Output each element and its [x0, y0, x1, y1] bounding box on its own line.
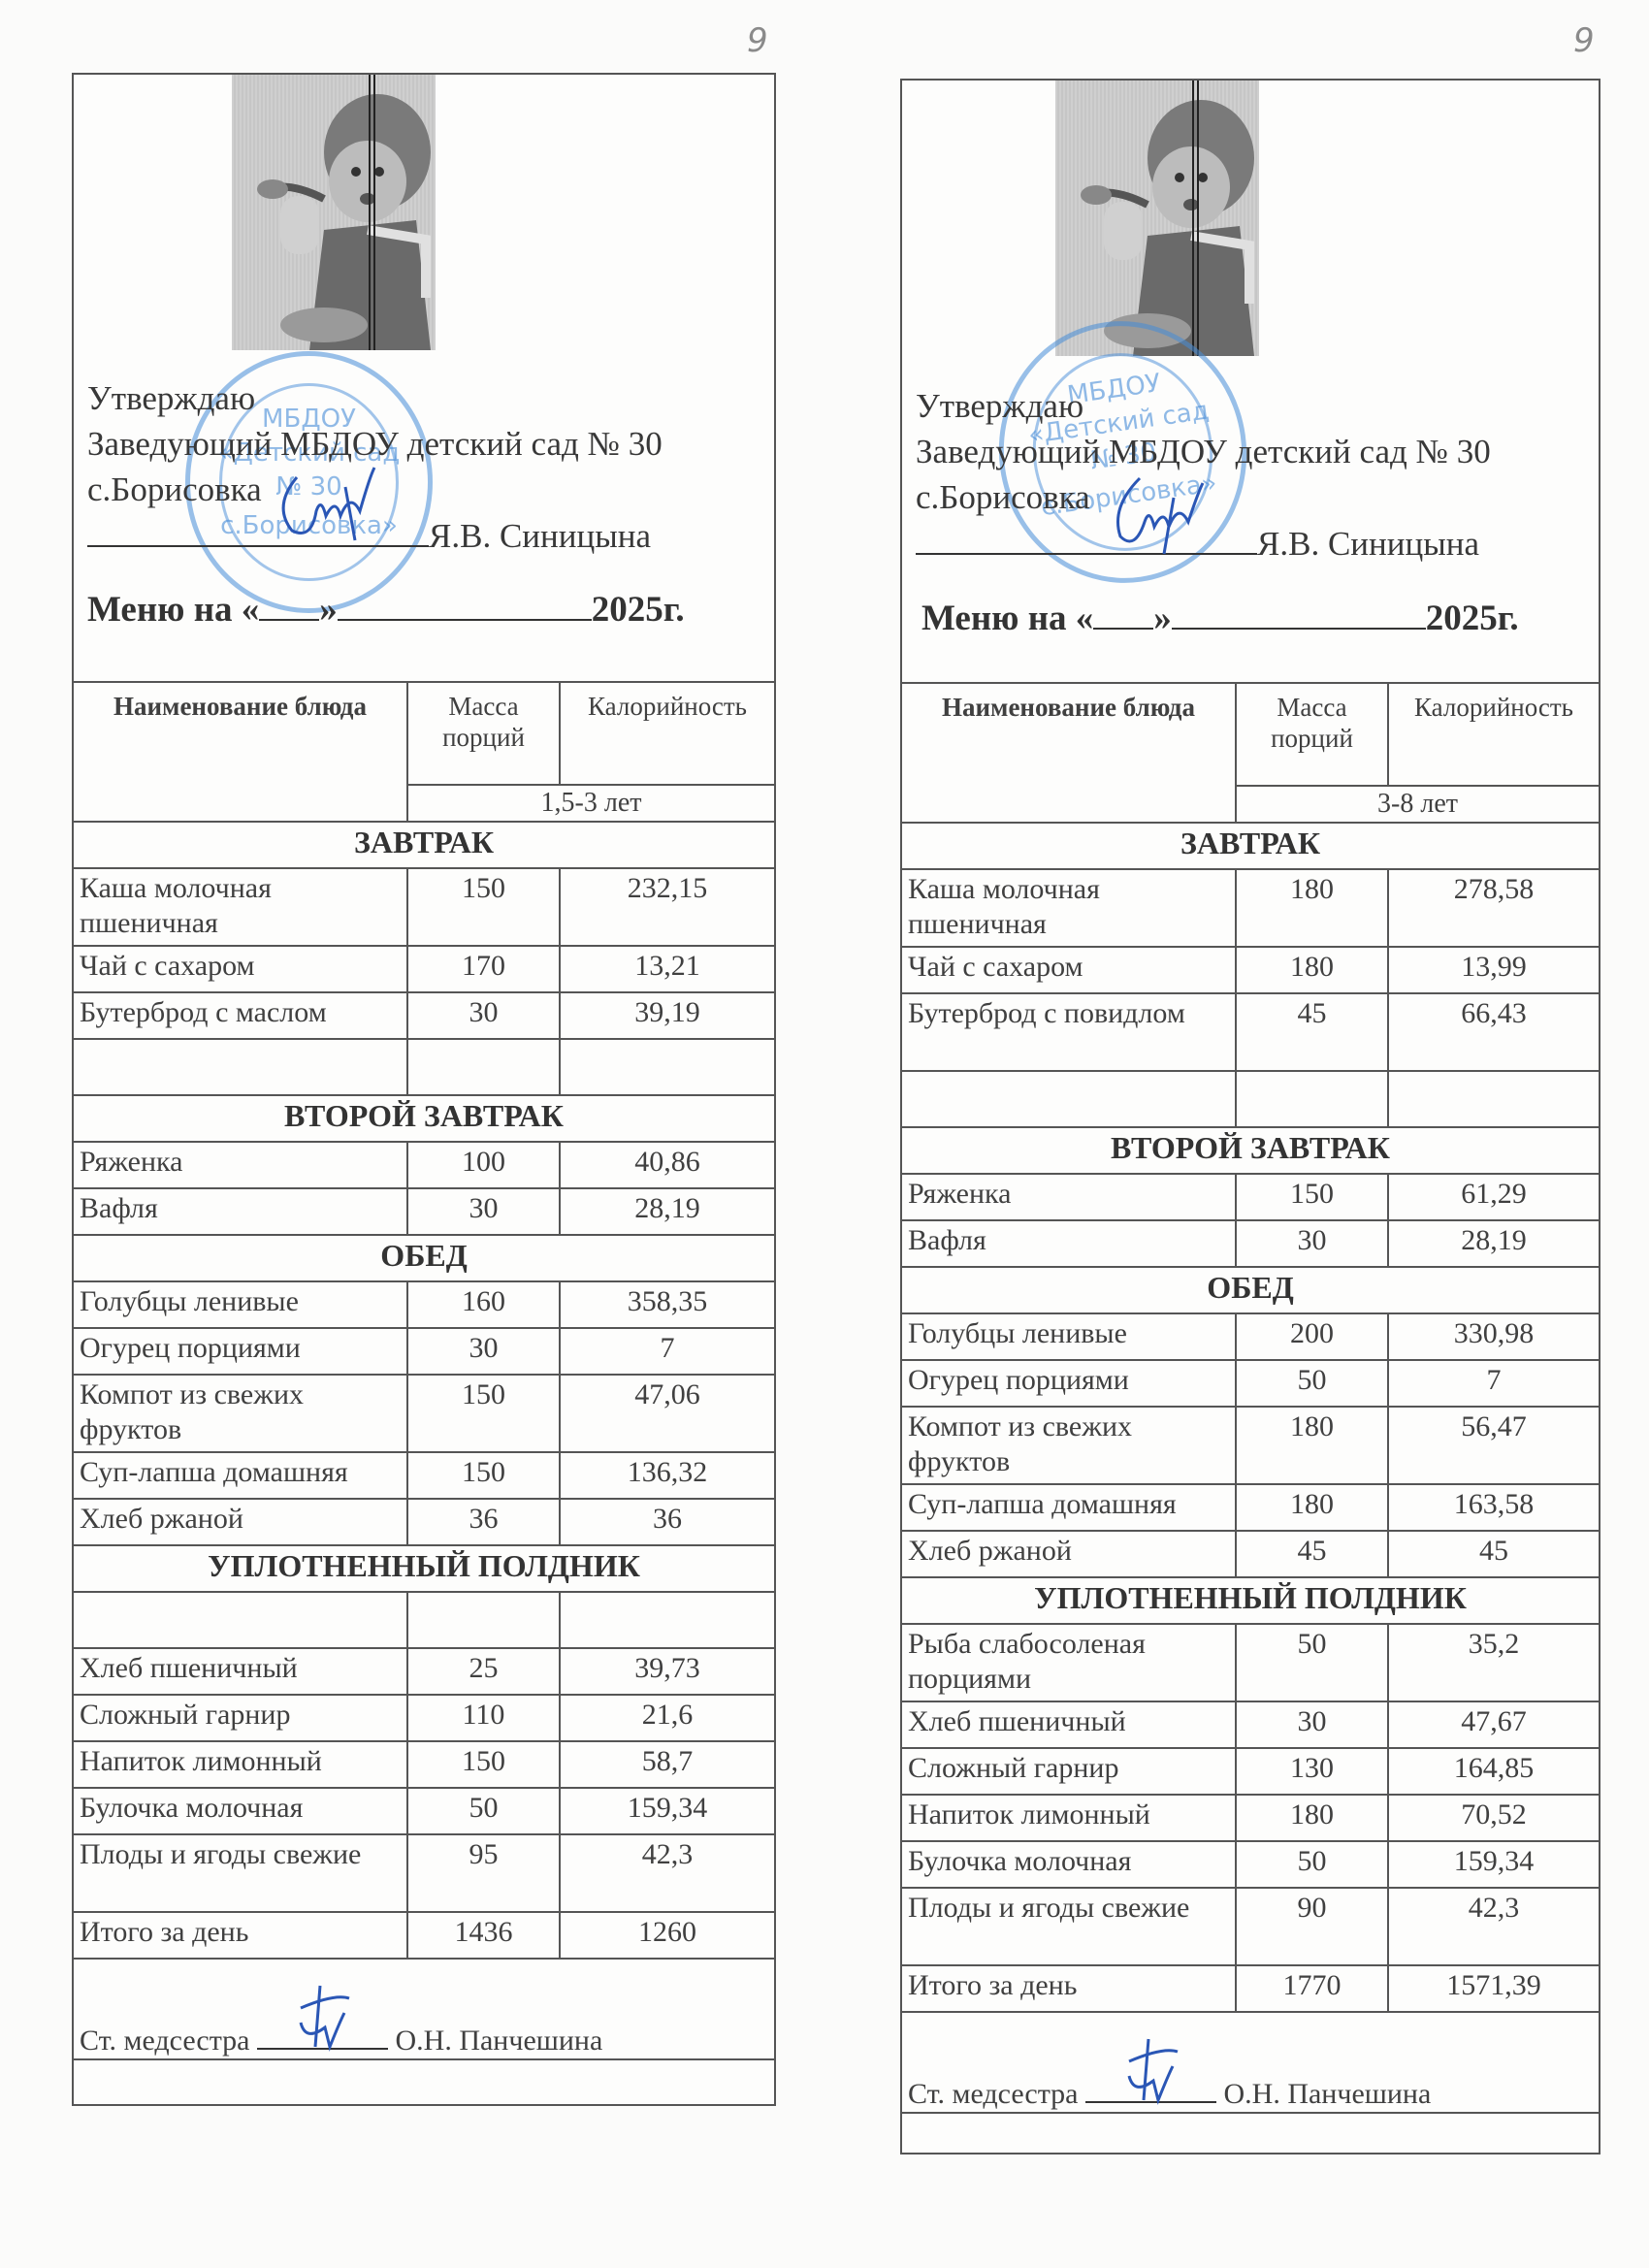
age-group-label: 1,5-3 лет — [407, 785, 775, 822]
section-title-breakfast: ЗАВТРАК — [901, 823, 1600, 869]
dish-name: Булочка молочная — [901, 1841, 1236, 1888]
section-title-afternoon: УПЛОТНЕННЫЙ ПОЛДНИК — [901, 1577, 1600, 1624]
calories-value: 21,6 — [560, 1695, 775, 1741]
nurse-signature-line — [1085, 2076, 1216, 2103]
calories-value: 58,7 — [560, 1741, 775, 1788]
portion-mass: 45 — [1236, 1531, 1388, 1577]
dish-name — [901, 1071, 1236, 1127]
portion-mass: 30 — [407, 1328, 560, 1375]
calories-value: 7 — [560, 1328, 775, 1375]
portion-mass: 150 — [1236, 1174, 1388, 1220]
calories-value: 28,19 — [1388, 1220, 1600, 1267]
approve-word: Утверждаю — [87, 375, 764, 421]
portion-mass: 180 — [1236, 947, 1388, 993]
day-blank — [259, 590, 319, 621]
menu-item-row: Чай с сахаром17013,21 — [73, 946, 775, 992]
dish-name: Сложный гарнир — [73, 1695, 407, 1741]
calories-value: 163,58 — [1388, 1484, 1600, 1531]
menu-item-row: Суп-лапша домашняя150136,32 — [73, 1452, 775, 1499]
portion-mass: 50 — [1236, 1841, 1388, 1888]
dish-name: Бутерброд с повидлом — [901, 993, 1236, 1071]
column-header-name: Наименование блюда — [901, 683, 1236, 823]
child-eating-illustration — [1055, 81, 1259, 356]
portion-mass: 180 — [1236, 869, 1388, 947]
calories-value: 164,85 — [1388, 1748, 1600, 1795]
menu-item-row: Вафля3028,19 — [901, 1220, 1600, 1267]
menu-item-row: Хлеб ржаной3636 — [73, 1499, 775, 1545]
calories-value: 70,52 — [1388, 1795, 1600, 1841]
nurse-signature — [296, 1984, 354, 2052]
menu-item-row: Булочка молочная50159,34 — [73, 1788, 775, 1834]
title-year: 2025г. — [1426, 599, 1519, 638]
dish-name: Голубцы ленивые — [901, 1313, 1236, 1360]
portion-mass: 90 — [1236, 1888, 1388, 1965]
portion-mass: 50 — [1236, 1360, 1388, 1407]
approver-position: Заведующий МБДОУ детский сад № 30 — [87, 421, 764, 467]
menu-item-row: Бутерброд с повидлом4566,43 — [901, 993, 1600, 1071]
menu-item-row: Хлеб ржаной4545 — [901, 1531, 1600, 1577]
portion-mass: 150 — [407, 1741, 560, 1788]
menu-item-row: Каша молочная пшеничная150232,15 — [73, 868, 775, 946]
menu-item-row: Голубцы ленивые200330,98 — [901, 1313, 1600, 1360]
menu-item-row: Хлеб пшеничный2539,73 — [73, 1648, 775, 1695]
calories-value: 39,19 — [560, 992, 775, 1039]
month-blank — [1172, 599, 1426, 630]
calories-value: 47,06 — [560, 1375, 775, 1452]
calories-value: 36 — [560, 1499, 775, 1545]
nurse-role: Ст. медсестра — [80, 2025, 250, 2057]
total-label: Итого за день — [901, 1965, 1236, 2012]
menu-card-toddlers: МБДОУ «Детский сад № 30 с.Борисовка» Утв… — [72, 73, 776, 2106]
approval-block: Утверждаю Заведующий МБДОУ детский сад №… — [916, 383, 1589, 567]
approval-block: Утверждаю Заведующий МБДОУ детский сад №… — [87, 375, 764, 559]
dish-name: Бутерброд с маслом — [73, 992, 407, 1039]
month-blank — [338, 590, 592, 621]
calories-value: 61,29 — [1388, 1174, 1600, 1220]
portion-mass: 50 — [407, 1788, 560, 1834]
total-row: Итого за день14361260 — [73, 1912, 775, 1959]
portion-mass: 100 — [407, 1142, 560, 1188]
dish-name: Вафля — [901, 1220, 1236, 1267]
dish-name — [73, 1039, 407, 1095]
title-mid: » — [1153, 599, 1172, 638]
menu-table: Наименование блюдаМасса порцийКалорийнос… — [72, 681, 776, 2060]
portion-mass: 180 — [1236, 1795, 1388, 1841]
portion-mass — [407, 1592, 560, 1648]
column-header-calories: Калорийность — [560, 682, 775, 785]
page-number-mark: 9 — [747, 21, 768, 60]
dish-name: Огурец порциями — [901, 1360, 1236, 1407]
dish-name: Ряженка — [901, 1174, 1236, 1220]
portion-mass: 150 — [407, 1375, 560, 1452]
portion-mass: 30 — [407, 1188, 560, 1235]
total-label: Итого за день — [73, 1912, 407, 1959]
column-header-name: Наименование блюда — [73, 682, 407, 822]
dish-name: Хлеб пшеничный — [901, 1701, 1236, 1748]
portion-mass: 150 — [407, 868, 560, 946]
child-eating-illustration — [232, 75, 436, 350]
dish-name: Булочка молочная — [73, 1788, 407, 1834]
calories-value: 35,2 — [1388, 1624, 1600, 1701]
dish-name: Хлеб ржаной — [901, 1531, 1236, 1577]
menu-card-preschool: МБДОУ «Детский сад № 30 с.Борисовка» Утв… — [900, 79, 1600, 2155]
portion-mass: 30 — [1236, 1701, 1388, 1748]
menu-item-row: Голубцы ленивые160358,35 — [73, 1281, 775, 1328]
calories-value — [560, 1039, 775, 1095]
calories-value — [1388, 1071, 1600, 1127]
portion-mass: 150 — [407, 1452, 560, 1499]
menu-item-row: Чай с сахаром18013,99 — [901, 947, 1600, 993]
portion-mass: 170 — [407, 946, 560, 992]
menu-item-row: Плоды и ягоды свежие9542,3 — [73, 1834, 775, 1912]
section-title-breakfast: ЗАВТРАК — [73, 822, 775, 868]
portion-mass: 30 — [407, 992, 560, 1039]
dish-name: Чай с сахаром — [901, 947, 1236, 993]
calories-value: 13,99 — [1388, 947, 1600, 993]
title-prefix: Меню на « — [87, 590, 259, 630]
calories-value: 7 — [1388, 1360, 1600, 1407]
child-eating-icon — [1055, 81, 1259, 356]
dish-name: Компот из свежих фруктов — [73, 1375, 407, 1452]
menu-item-row: Огурец порциями507 — [901, 1360, 1600, 1407]
menu-item-row: Напиток лимонный18070,52 — [901, 1795, 1600, 1841]
total-calories: 1571,39 — [1388, 1965, 1600, 2012]
approve-word: Утверждаю — [916, 383, 1589, 429]
menu-item-row: Вафля3028,19 — [73, 1188, 775, 1235]
approver-name: Я.В. Синицына — [429, 517, 651, 555]
dish-name: Каша молочная пшеничная — [73, 868, 407, 946]
nurse-role: Ст. медсестра — [908, 2078, 1079, 2110]
nurse-name: О.Н. Панчешина — [1224, 2078, 1432, 2110]
nurse-signature-block: Ст. медсестра О.Н. Панчешина — [901, 2012, 1600, 2113]
menu-item-row: Булочка молочная50159,34 — [901, 1841, 1600, 1888]
total-row: Итого за день17701571,39 — [901, 1965, 1600, 2012]
dish-name: Рыба слабосоленая порциями — [901, 1624, 1236, 1701]
menu-item-row: Напиток лимонный15058,7 — [73, 1741, 775, 1788]
section-title-afternoon: УПЛОТНЕННЫЙ ПОЛДНИК — [73, 1545, 775, 1592]
section-title-lunch: ОБЕД — [901, 1267, 1600, 1313]
child-eating-icon — [232, 75, 436, 350]
calories-value: 39,73 — [560, 1648, 775, 1695]
menu-item-row: Сложный гарнир130164,85 — [901, 1748, 1600, 1795]
dish-name: Хлеб ржаной — [73, 1499, 407, 1545]
dish-name: Каша молочная пшеничная — [901, 869, 1236, 947]
menu-item-row — [73, 1592, 775, 1648]
portion-mass: 180 — [1236, 1484, 1388, 1531]
calories-value: 45 — [1388, 1531, 1600, 1577]
day-blank — [1093, 599, 1153, 630]
nurse-signature-block: Ст. медсестра О.Н. Панчешина — [73, 1959, 775, 2059]
village-name: с.Борисовка — [916, 474, 1589, 520]
calories-value: 56,47 — [1388, 1407, 1600, 1484]
dish-name: Суп-лапша домашняя — [901, 1484, 1236, 1531]
calories-value — [560, 1592, 775, 1648]
menu-item-row: Бутерброд с маслом3039,19 — [73, 992, 775, 1039]
nurse-signature — [1124, 2037, 1182, 2105]
total-mass: 1770 — [1236, 1965, 1388, 2012]
dish-name: Ряженка — [73, 1142, 407, 1188]
column-header-calories: Калорийность — [1388, 683, 1600, 786]
portion-mass: 30 — [1236, 1220, 1388, 1267]
column-header-mass: Масса порций — [407, 682, 560, 785]
menu-item-row: Ряженка10040,86 — [73, 1142, 775, 1188]
page-number-mark: 9 — [1573, 21, 1595, 60]
title-prefix: Меню на « — [921, 599, 1093, 638]
approver-name: Я.В. Синицына — [1257, 525, 1479, 563]
village-name: с.Борисовка — [87, 467, 764, 512]
empty-row — [901, 1071, 1600, 1127]
total-calories: 1260 — [560, 1912, 775, 1959]
portion-mass: 50 — [1236, 1624, 1388, 1701]
dish-name: Плоды и ягоды свежие — [73, 1834, 407, 1912]
menu-item-row: Компот из свежих фруктов18056,47 — [901, 1407, 1600, 1484]
dish-name: Вафля — [73, 1188, 407, 1235]
calories-value: 159,34 — [1388, 1841, 1600, 1888]
calories-value: 278,58 — [1388, 869, 1600, 947]
calories-value: 47,67 — [1388, 1701, 1600, 1748]
portion-mass — [407, 1039, 560, 1095]
portion-mass: 110 — [407, 1695, 560, 1741]
menu-item-row: Суп-лапша домашняя180163,58 — [901, 1484, 1600, 1531]
portion-mass: 95 — [407, 1834, 560, 1912]
menu-item-row: Компот из свежих фруктов15047,06 — [73, 1375, 775, 1452]
portion-mass — [1236, 1071, 1388, 1127]
age-group-label: 3-8 лет — [1236, 786, 1600, 823]
portion-mass: 180 — [1236, 1407, 1388, 1484]
dish-name: Напиток лимонный — [73, 1741, 407, 1788]
dish-name: Суп-лапша домашняя — [73, 1452, 407, 1499]
approver-position: Заведующий МБДОУ детский сад № 30 — [916, 429, 1589, 474]
dish-name: Плоды и ягоды свежие — [901, 1888, 1236, 1965]
calories-value: 13,21 — [560, 946, 775, 992]
dish-name: Напиток лимонный — [901, 1795, 1236, 1841]
portion-mass: 36 — [407, 1499, 560, 1545]
menu-date-title: Меню на «»2025г. — [87, 589, 766, 631]
section-title-lunch: ОБЕД — [73, 1235, 775, 1281]
menu-item-row: Каша молочная пшеничная180278,58 — [901, 869, 1600, 947]
menu-item-row: Ряженка15061,29 — [901, 1174, 1600, 1220]
empty-row — [73, 1039, 775, 1095]
section-title-second-breakfast: ВТОРОЙ ЗАВТРАК — [901, 1127, 1600, 1174]
title-mid: » — [319, 590, 338, 630]
calories-value: 42,3 — [560, 1834, 775, 1912]
nurse-name: О.Н. Панчешина — [396, 2025, 603, 2057]
calories-value: 42,3 — [1388, 1888, 1600, 1965]
title-year: 2025г. — [592, 590, 685, 630]
total-mass: 1436 — [407, 1912, 560, 1959]
menu-item-row: Хлеб пшеничный3047,67 — [901, 1701, 1600, 1748]
director-signature — [1091, 469, 1227, 556]
dish-name: Чай с сахаром — [73, 946, 407, 992]
menu-item-row: Плоды и ягоды свежие9042,3 — [901, 1888, 1600, 1965]
portion-mass: 130 — [1236, 1748, 1388, 1795]
dish-name: Огурец порциями — [73, 1328, 407, 1375]
menu-item-row: Огурец порциями307 — [73, 1328, 775, 1375]
calories-value: 66,43 — [1388, 993, 1600, 1071]
menu-item-row: Сложный гарнир11021,6 — [73, 1695, 775, 1741]
nurse-signature-line — [257, 2023, 388, 2050]
dish-name: Хлеб пшеничный — [73, 1648, 407, 1695]
portion-mass: 200 — [1236, 1313, 1388, 1360]
calories-value: 330,98 — [1388, 1313, 1600, 1360]
dish-name: Компот из свежих фруктов — [901, 1407, 1236, 1484]
column-header-mass: Масса порций — [1236, 683, 1388, 786]
dish-name: Сложный гарнир — [901, 1748, 1236, 1795]
director-signature — [268, 458, 404, 545]
calories-value: 358,35 — [560, 1281, 775, 1328]
portion-mass: 25 — [407, 1648, 560, 1695]
portion-mass: 45 — [1236, 993, 1388, 1071]
calories-value: 232,15 — [560, 868, 775, 946]
portion-mass: 160 — [407, 1281, 560, 1328]
dish-name — [73, 1592, 407, 1648]
menu-item-row: Рыба слабосоленая порциями5035,2 — [901, 1624, 1600, 1701]
calories-value: 159,34 — [560, 1788, 775, 1834]
dish-name: Голубцы ленивые — [73, 1281, 407, 1328]
calories-value: 28,19 — [560, 1188, 775, 1235]
calories-value: 40,86 — [560, 1142, 775, 1188]
menu-table: Наименование блюдаМасса порцийКалорийнос… — [900, 682, 1600, 2114]
menu-date-title: Меню на «»2025г. — [921, 598, 1591, 639]
calories-value: 136,32 — [560, 1452, 775, 1499]
section-title-second-breakfast: ВТОРОЙ ЗАВТРАК — [73, 1095, 775, 1142]
